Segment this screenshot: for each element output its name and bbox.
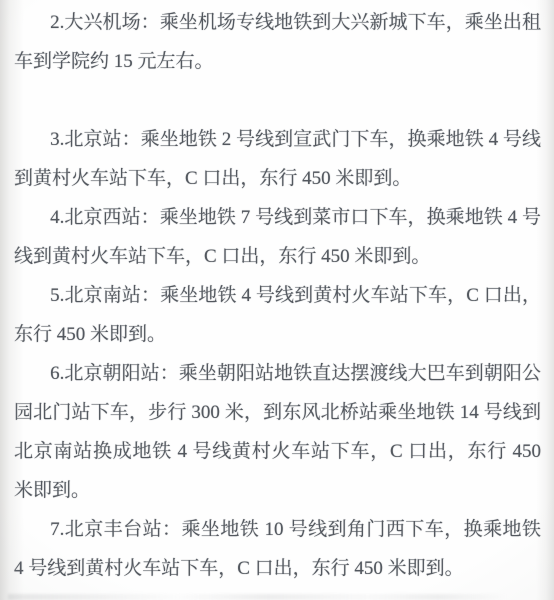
paragraph-beijing-station: 3.北京站：乘坐地铁 2 号线到宣武门下车，换乘地铁 4 号线到黄村火车站下车，… — [14, 120, 541, 198]
paragraph-beijing-south-station: 5.北京南站：乘坐地铁 4 号线到黄村火车站下车，C 口出，东行 450 米即到… — [14, 276, 541, 354]
document-content: 2.大兴机场：乘坐机场专线地铁到大兴新城下车，乘坐出租车到学院约 15 元左右。… — [14, 3, 541, 588]
document-page: 2.大兴机场：乘坐机场专线地铁到大兴新城下车，乘坐出租车到学院约 15 元左右。… — [0, 0, 554, 600]
paragraph-beijing-west-station: 4.北京西站：乘坐地铁 7 号线到菜市口下车，换乘地铁 4 号线到黄村火车站下车… — [14, 198, 541, 276]
cropped-next-line-ghost — [8, 594, 508, 600]
paragraph-daxing-airport: 2.大兴机场：乘坐机场专线地铁到大兴新城下车，乘坐出租车到学院约 15 元左右。 — [14, 3, 541, 81]
paragraph-beijing-chaoyang-station: 6.北京朝阳站：乘坐朝阳站地铁直达摆渡线大巴车到朝阳公园北门站下车，步行 300… — [14, 354, 541, 510]
paragraph-beijing-fengtai-station: 7.北京丰台站：乘坐地铁 10 号线到角门西下车，换乘地铁 4 号线到黄村火车站… — [14, 510, 541, 588]
